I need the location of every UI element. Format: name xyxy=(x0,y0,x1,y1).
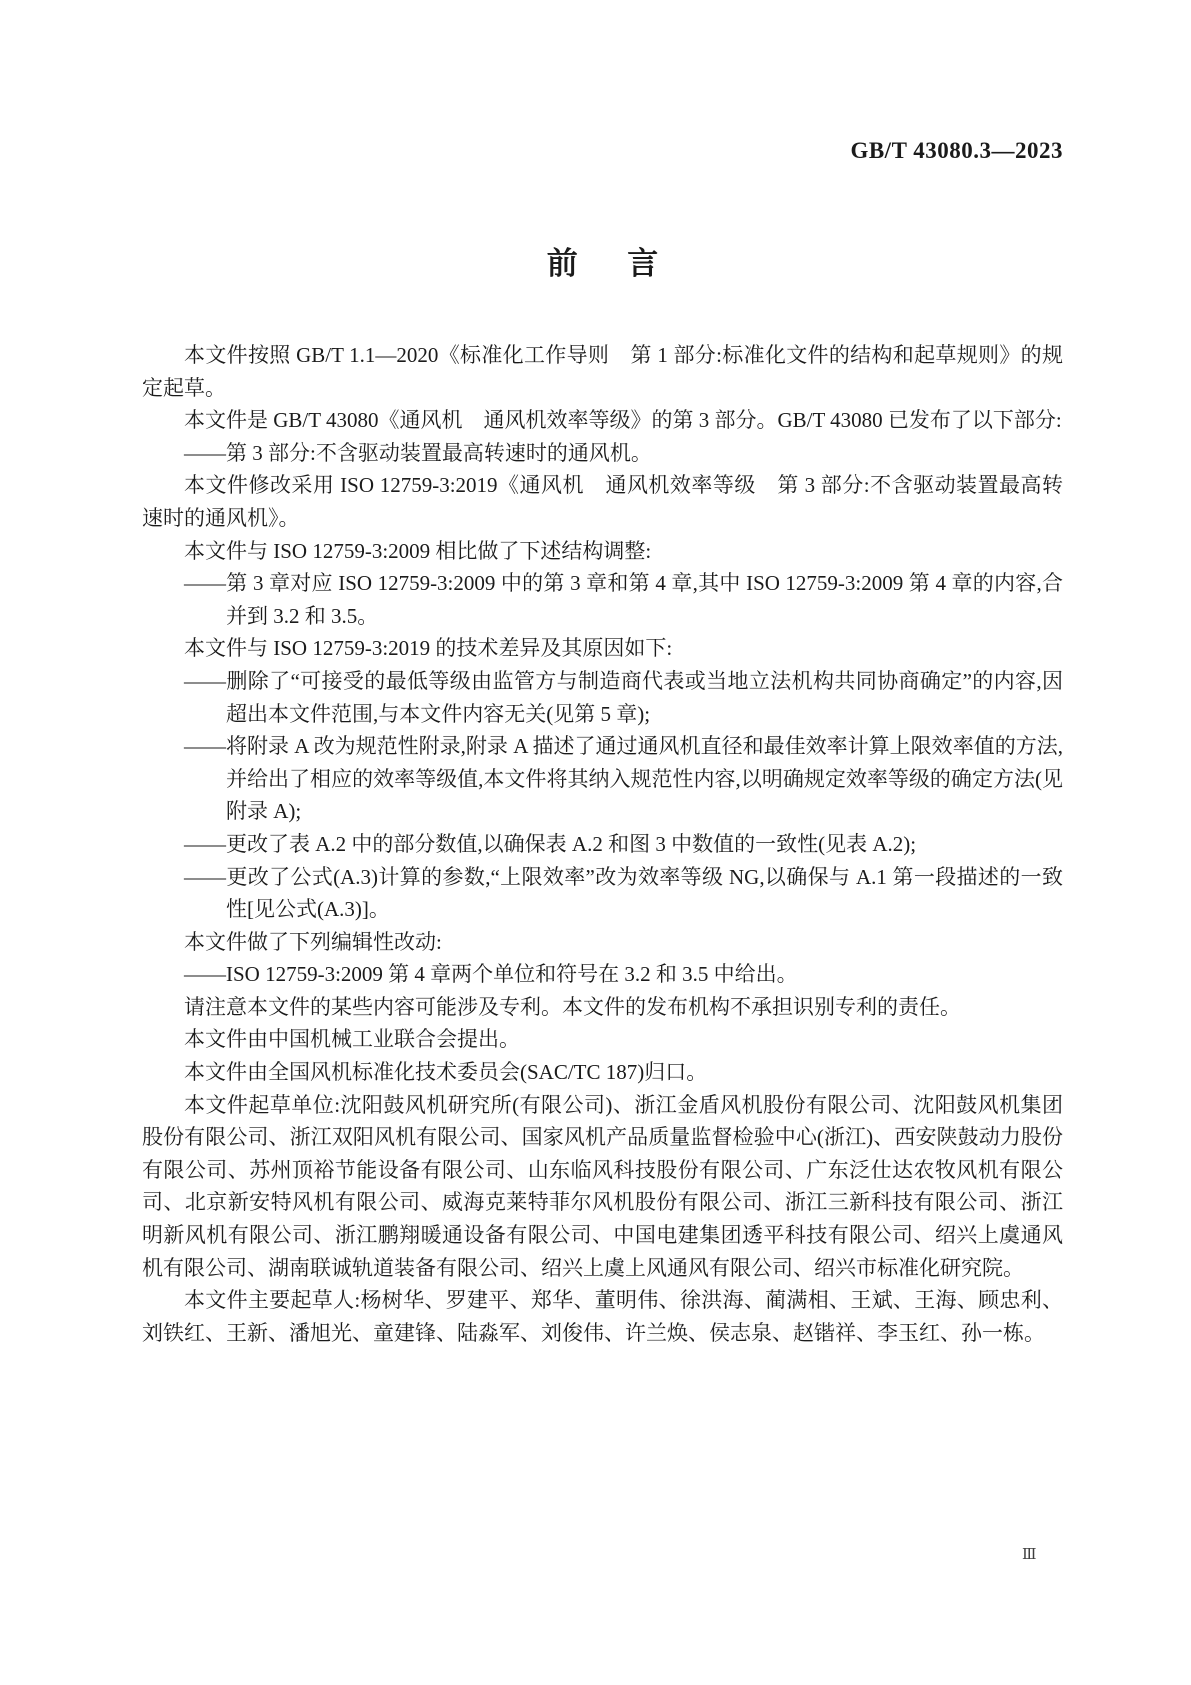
list-item-dash: ——第 3 部分:不含驱动装置最高转速时的通风机。 xyxy=(142,437,1063,470)
paragraph: 本文件按照 GB/T 1.1—2020《标准化工作导则 第 1 部分:标准化文件… xyxy=(142,339,1063,404)
paragraph: 本文件修改采用 ISO 12759-3:2019《通风机 通风机效率等级 第 3… xyxy=(142,469,1063,534)
list-item-dash: ——删除了“可接受的最低等级由监管方与制造商代表或当地立法机构共同协商确定”的内… xyxy=(142,665,1063,730)
page-title-text: 前言 xyxy=(547,246,708,281)
paragraph: 本文件主要起草人:杨树华、罗建平、郑华、董明伟、徐洪海、蔺满相、王斌、王海、顾忠… xyxy=(142,1284,1063,1349)
page-number: Ⅲ xyxy=(1022,1545,1036,1564)
standard-number: GB/T 43080.3—2023 xyxy=(850,138,1063,164)
list-item-dash: ——将附录 A 改为规范性附录,附录 A 描述了通过通风机直径和最佳效率计算上限… xyxy=(142,730,1063,828)
foreword-body: 本文件按照 GB/T 1.1—2020《标准化工作导则 第 1 部分:标准化文件… xyxy=(142,339,1063,1349)
paragraph: 本文件做了下列编辑性改动: xyxy=(142,926,1063,959)
page-title: 前言 xyxy=(142,238,1063,283)
paragraph: 本文件与 ISO 12759-3:2009 相比做了下述结构调整: xyxy=(142,535,1063,568)
paragraph: 本文件是 GB/T 43080《通风机 通风机效率等级》的第 3 部分。GB/T… xyxy=(142,404,1063,437)
paragraph: 本文件起草单位:沈阳鼓风机研究所(有限公司)、浙江金盾风机股份有限公司、沈阳鼓风… xyxy=(142,1089,1063,1285)
document-page: GB/T 43080.3—2023 前言 本文件按照 GB/T 1.1—2020… xyxy=(0,0,1191,1685)
paragraph: 本文件由中国机械工业联合会提出。 xyxy=(142,1023,1063,1056)
list-item-dash: ——ISO 12759-3:2009 第 4 章两个单位和符号在 3.2 和 3… xyxy=(142,958,1063,991)
paragraph: 请注意本文件的某些内容可能涉及专利。本文件的发布机构不承担识别专利的责任。 xyxy=(142,991,1063,1024)
paragraph: 本文件与 ISO 12759-3:2019 的技术差异及其原因如下: xyxy=(142,632,1063,665)
list-item-dash: ——更改了公式(A.3)计算的参数,“上限效率”改为效率等级 NG,以确保与 A… xyxy=(142,861,1063,926)
list-item-dash: ——第 3 章对应 ISO 12759-3:2009 中的第 3 章和第 4 章… xyxy=(142,567,1063,632)
paragraph: 本文件由全国风机标准化技术委员会(SAC/TC 187)归口。 xyxy=(142,1056,1063,1089)
list-item-dash: ——更改了表 A.2 中的部分数值,以确保表 A.2 和图 3 中数值的一致性(… xyxy=(142,828,1063,861)
